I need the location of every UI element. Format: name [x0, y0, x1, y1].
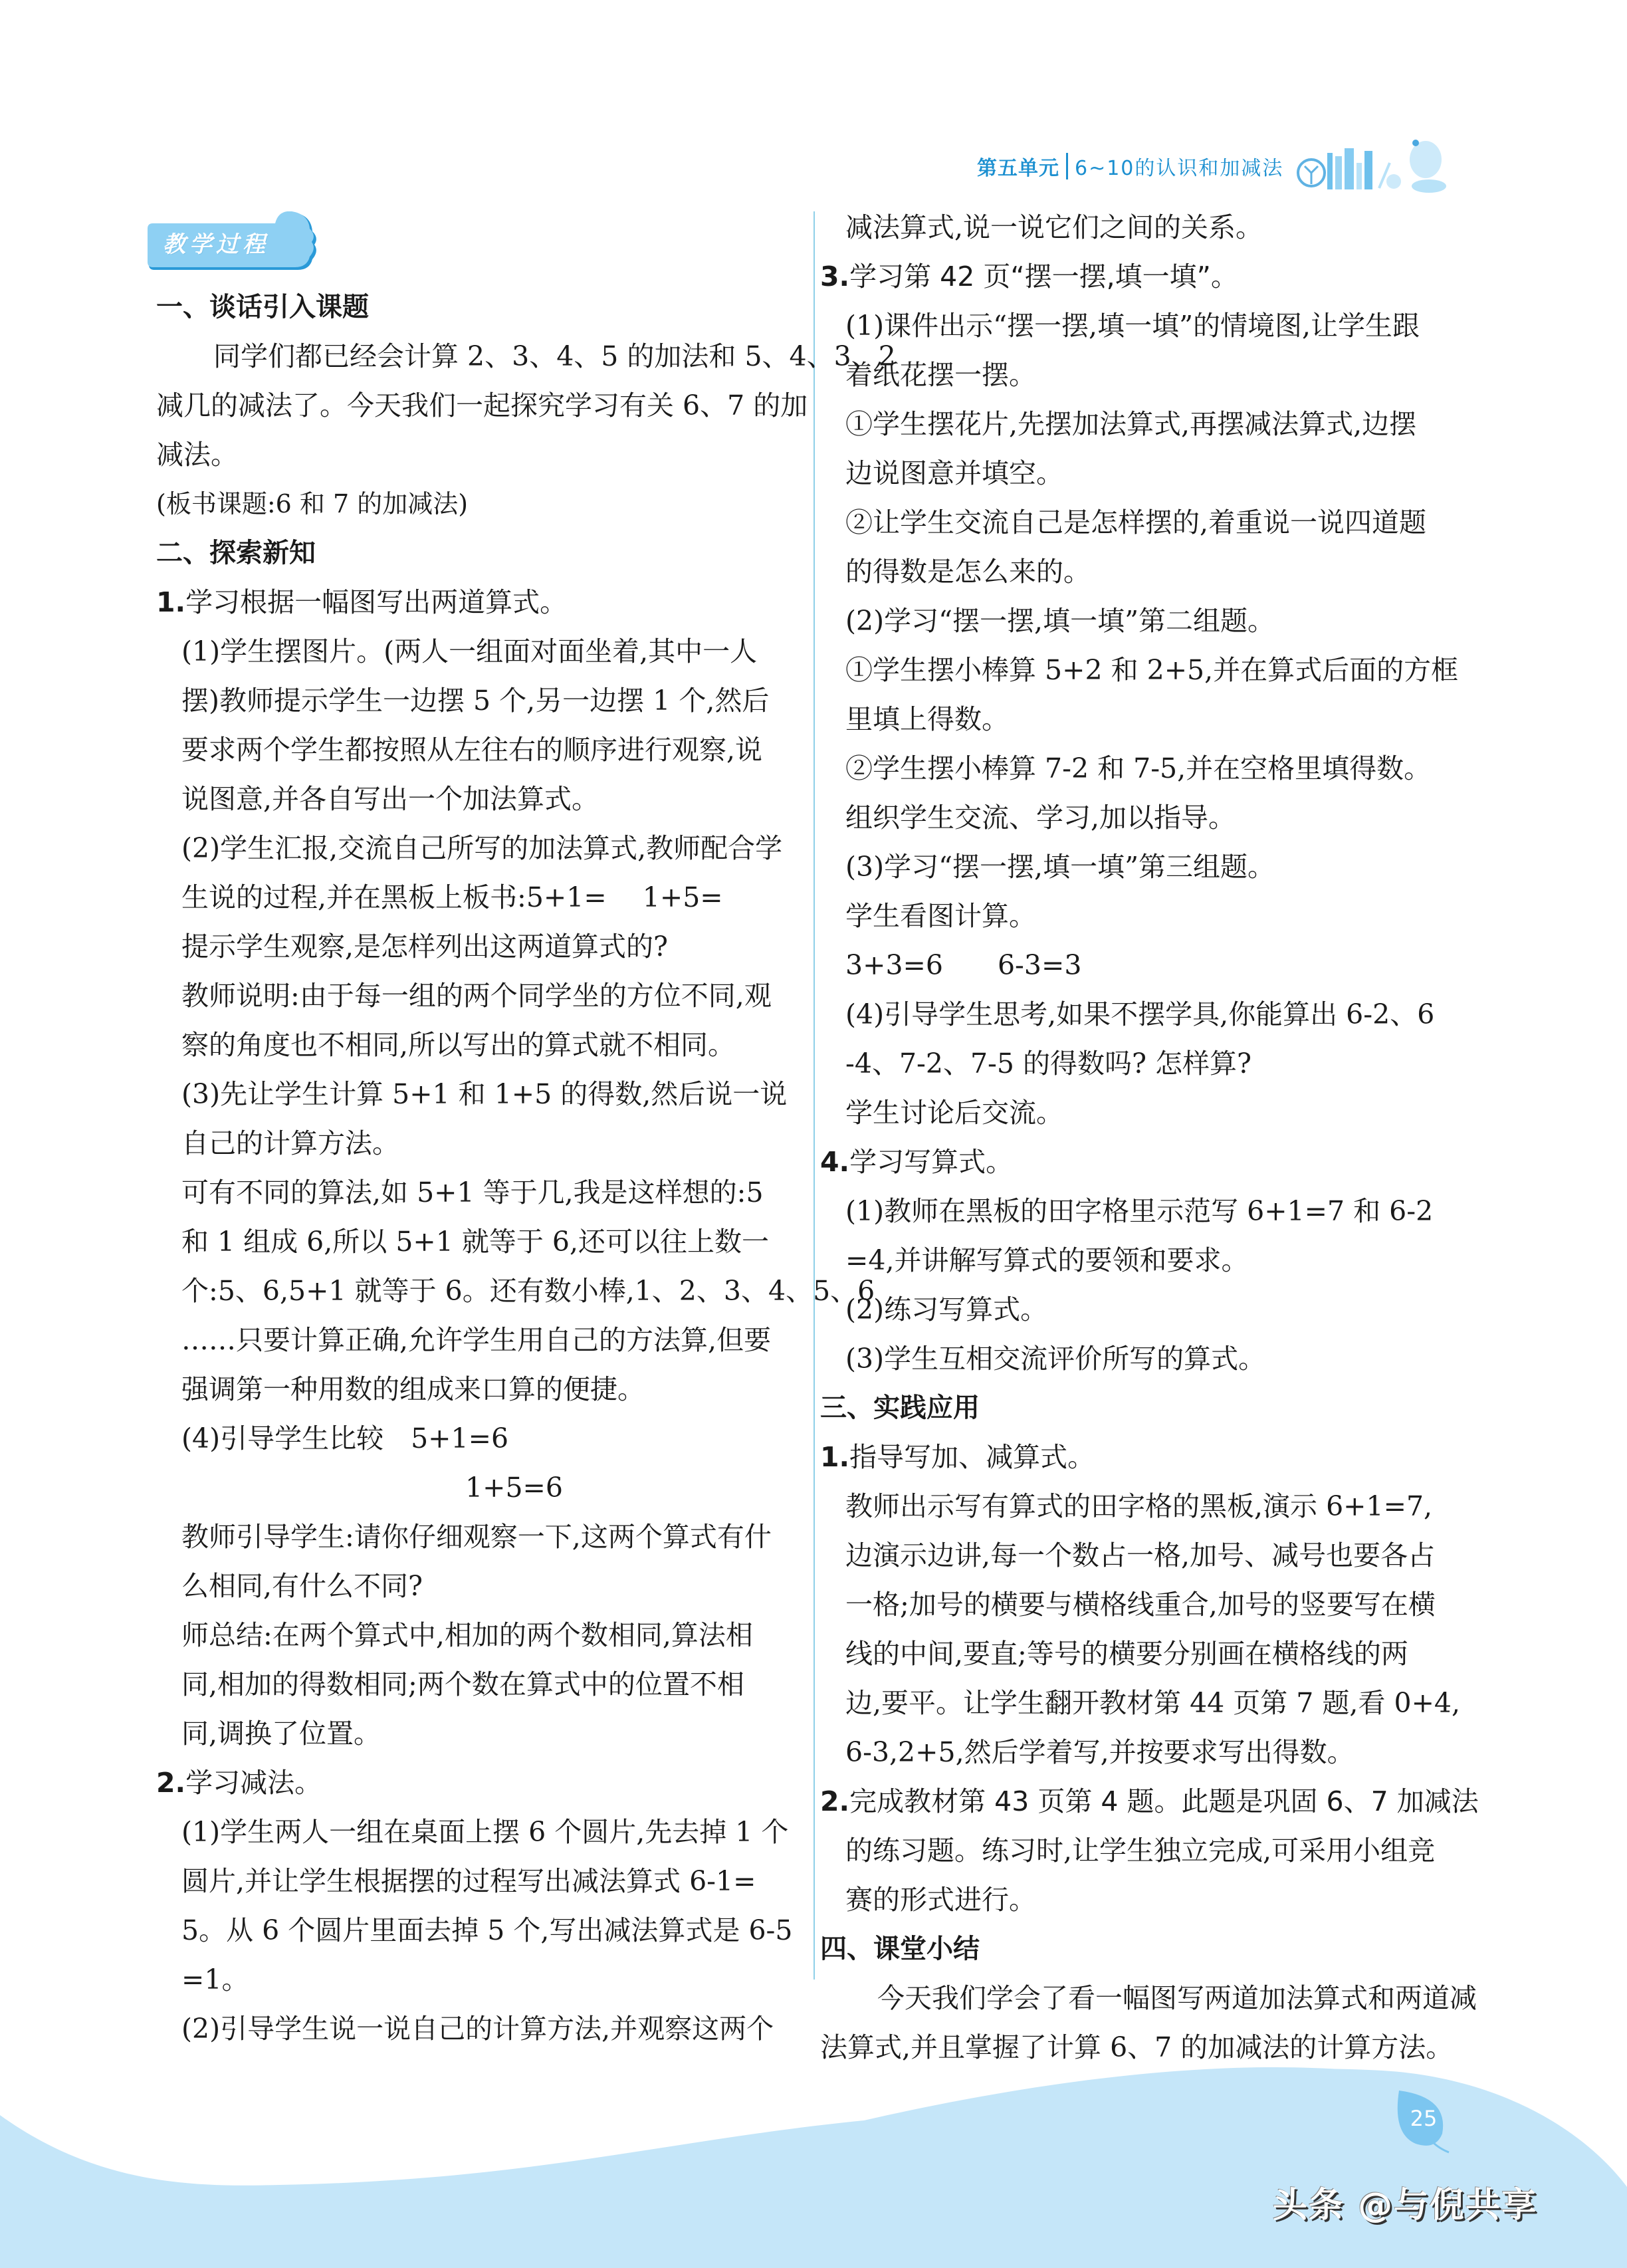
item-text: 学习根据一幅图写出两道算式。	[185, 586, 567, 618]
paragraph-line: ②让学生交流自己是怎样摆的,着重说一说四道题	[820, 498, 1475, 547]
paragraph-line: 教师出示写有算式的田字格的黑板,演示 6+1=7,	[820, 1482, 1475, 1531]
paragraph-line: 5。从 6 个圆片里面去掉 5 个,写出减法算式是 6-5	[156, 1906, 804, 1955]
item-text: 指导写加、减算式。	[849, 1441, 1095, 1473]
column-divider	[813, 211, 815, 1980]
paragraph-line: 减几的减法了。今天我们一起探究学习有关 6、7 的加	[156, 381, 804, 430]
paragraph-line: 学生讨论后交流。	[820, 1088, 1475, 1137]
paragraph-line: (2)练习写算式。	[820, 1285, 1475, 1334]
paragraph-line: (1)教师在黑板的田字格里示范写 6+1=7 和 6-2	[820, 1187, 1475, 1236]
numbered-item: 2.学习减法。	[156, 1758, 804, 1807]
paragraph-line: 要求两个学生都按照从左往右的顺序进行观察,说	[156, 725, 804, 774]
section-badge-label: 教学过程	[163, 225, 296, 265]
paragraph-line: (4)引导学生比较 5+1=6	[156, 1414, 804, 1463]
paragraph-line: 今天我们学会了看一幅图写两道加法算式和两道减	[820, 1974, 1475, 2023]
paragraph-line: (2)引导学生说一说自己的计算方法,并观察这两个	[156, 2004, 804, 2053]
paragraph-line: 自己的计算方法。	[156, 1119, 804, 1168]
paragraph-line: 生说的过程,并在黑板上板书:5+1= 1+5=	[156, 873, 804, 922]
paragraph-line: (3)先让学生计算 5+1 和 1+5 的得数,然后说一说	[156, 1070, 804, 1119]
paragraph-line: 教师说明:由于每一组的两个同学坐的方位不同,观	[156, 971, 804, 1020]
numbered-item: 3.学习第 42 页“摆一摆,填一填”。	[820, 252, 1475, 301]
paragraph-line: 的得数是怎么来的。	[820, 547, 1475, 596]
unit-topic: 6~10的认识和加减法	[1075, 152, 1283, 181]
item-text: 学习减法。	[185, 1767, 322, 1799]
watermark: 头条 @与倪共享	[1273, 2177, 1537, 2227]
paragraph-line: 边,要平。让学生翻开教材第 44 页第 7 题,看 0+4,	[820, 1678, 1475, 1728]
paragraph-line: 法算式,并且掌握了计算 6、7 的加减法的计算方法。	[820, 2023, 1475, 2072]
paragraph-line: 教师引导学生:请你仔细观察一下,这两个算式有什	[156, 1512, 804, 1561]
paragraph-line: (1)学生摆图片。(两人一组面对面坐着,其中一人	[156, 627, 804, 676]
numbered-item: 1.学习根据一幅图写出两道算式。	[156, 578, 804, 627]
paragraph-line: (3)学习“摆一摆,填一填”第三组题。	[820, 842, 1475, 891]
paragraph-line: 6-3,2+5,然后学着写,并按要求写出得数。	[820, 1728, 1475, 1777]
paragraph-line: =4,并讲解写算式的要领和要求。	[820, 1236, 1475, 1285]
paragraph-line: 学生看图计算。	[820, 891, 1475, 941]
paragraph-line: 边说图意并填空。	[820, 449, 1475, 498]
item-number: 1.	[156, 586, 185, 618]
section-heading: 二、探索新知	[156, 528, 804, 578]
paragraph-line: (4)引导学生思考,如果不摆学具,你能算出 6-2、6	[820, 990, 1475, 1039]
paragraph-line: 说图意,并各自写出一个加法算式。	[156, 774, 804, 824]
item-text: 学习写算式。	[849, 1146, 1013, 1178]
board-title-note: (板书课题:6 和 7 的加减法)	[156, 479, 804, 528]
item-number: 3.	[820, 261, 849, 292]
paragraph-line: (2)学习“摆一摆,填一填”第二组题。	[820, 596, 1475, 645]
left-column: 一、谈话引入课题 同学们都已经会计算 2、3、4、5 的加法和 5、4、3、2 …	[156, 283, 804, 2053]
paragraph-line: 减法。	[156, 430, 804, 479]
item-number: 4.	[820, 1146, 849, 1178]
paragraph-line: 可有不同的算法,如 5+1 等于几,我是这样想的:5	[156, 1168, 804, 1217]
paragraph-line: (2)学生汇报,交流自己所写的加法算式,教师配合学	[156, 824, 804, 873]
paragraph-line: 里填上得数。	[820, 695, 1475, 744]
paragraph-line: 赛的形式进行。	[820, 1875, 1475, 1924]
item-number: 2.	[156, 1767, 185, 1799]
item-text: 学习第 42 页“摆一摆,填一填”。	[849, 261, 1238, 292]
paragraph-line: 摆)教师提示学生一边摆 5 个,另一边摆 1 个,然后	[156, 676, 804, 725]
paragraph-line: 提示学生观察,是怎样列出这两道算式的?	[156, 922, 804, 971]
paragraph-line: 着纸花摆一摆。	[820, 350, 1475, 399]
numbered-item: 2.完成教材第 43 页第 4 题。此题是巩固 6、7 加减法	[820, 1777, 1475, 1826]
paragraph-line: 师总结:在两个算式中,相加的两个数相同,算法相	[156, 1611, 804, 1660]
numbered-item: 4.学习写算式。	[820, 1137, 1475, 1187]
page-number: 25	[1404, 2106, 1444, 2131]
paragraph-line: 减法算式,说一说它们之间的关系。	[820, 203, 1475, 252]
item-text: 完成教材第 43 页第 4 题。此题是巩固 6、7 加减法	[849, 1785, 1479, 1817]
paragraph-line: 边演示边讲,每一个数占一格,加号、减号也要各占	[820, 1531, 1475, 1580]
paragraph-line: 同,调换了位置。	[156, 1709, 804, 1758]
paragraph-line: 么相同,有什么不同?	[156, 1561, 804, 1611]
formula-line: 3+3=6 6-3=3	[820, 941, 1475, 990]
header-separator	[1066, 153, 1068, 179]
paragraph-line: 强调第一种用数的组成来口算的便捷。	[156, 1365, 804, 1414]
paragraph-line: 察的角度也不相同,所以写出的算式就不相同。	[156, 1020, 804, 1070]
section-heading: 三、实践应用	[820, 1383, 1475, 1432]
paragraph-line: 个:5、6,5+1 就等于 6。还有数小棒,1、2、3、4、5、6	[156, 1266, 804, 1315]
paragraph-line: ……只要计算正确,允许学生用自己的方法算,但要	[156, 1315, 804, 1365]
item-number: 2.	[820, 1785, 849, 1817]
paragraph-line: (1)课件出示“摆一摆,填一填”的情境图,让学生跟	[820, 301, 1475, 350]
mascot-books-illustration-icon	[1293, 136, 1459, 196]
section-heading: 一、谈话引入课题	[156, 283, 804, 332]
paragraph-line: 同学们都已经会计算 2、3、4、5 的加法和 5、4、3、2	[156, 332, 804, 381]
paragraph-line: 同,相加的得数相同;两个数在算式中的位置不相	[156, 1660, 804, 1709]
paragraph-line: 的练习题。练习时,让学生独立完成,可采用小组竞	[820, 1826, 1475, 1875]
paragraph-line: 和 1 组成 6,所以 5+1 就等于 6,还可以往上数一	[156, 1217, 804, 1266]
paragraph-line: 组织学生交流、学习,加以指导。	[820, 793, 1475, 842]
paragraph-line: 线的中间,要直;等号的横要分别画在横格线的两	[820, 1629, 1475, 1678]
section-heading: 四、课堂小结	[820, 1924, 1475, 1974]
page-header: 第五单元 6~10的认识和加减法	[977, 143, 1459, 189]
item-number: 1.	[820, 1441, 849, 1473]
paragraph-line: ①学生摆小棒算 5+2 和 2+5,并在算式后面的方框	[820, 645, 1475, 695]
paragraph-line: (1)学生两人一组在桌面上摆 6 个圆片,先去掉 1 个	[156, 1807, 804, 1857]
numbered-item: 1.指导写加、减算式。	[820, 1432, 1475, 1482]
paragraph-line: ②学生摆小棒算 7-2 和 7-5,并在空格里填得数。	[820, 744, 1475, 793]
paragraph-line: ①学生摆花片,先摆加法算式,再摆减法算式,边摆	[820, 399, 1475, 449]
formula-line: 1+5=6	[156, 1463, 804, 1512]
paragraph-line: 一格;加号的横要与横格线重合,加号的竖要写在横	[820, 1580, 1475, 1629]
right-column: 减法算式,说一说它们之间的关系。 3.学习第 42 页“摆一摆,填一填”。 (1…	[820, 203, 1475, 2072]
paragraph-line: 圆片,并让学生根据摆的过程写出减法算式 6-1=	[156, 1857, 804, 1906]
paragraph-line: =1。	[156, 1955, 804, 2004]
unit-label: 第五单元	[977, 152, 1059, 181]
paragraph-line: -4、7-2、7-5 的得数吗? 怎样算?	[820, 1039, 1475, 1088]
paragraph-line: (3)学生互相交流评价所写的算式。	[820, 1334, 1475, 1383]
